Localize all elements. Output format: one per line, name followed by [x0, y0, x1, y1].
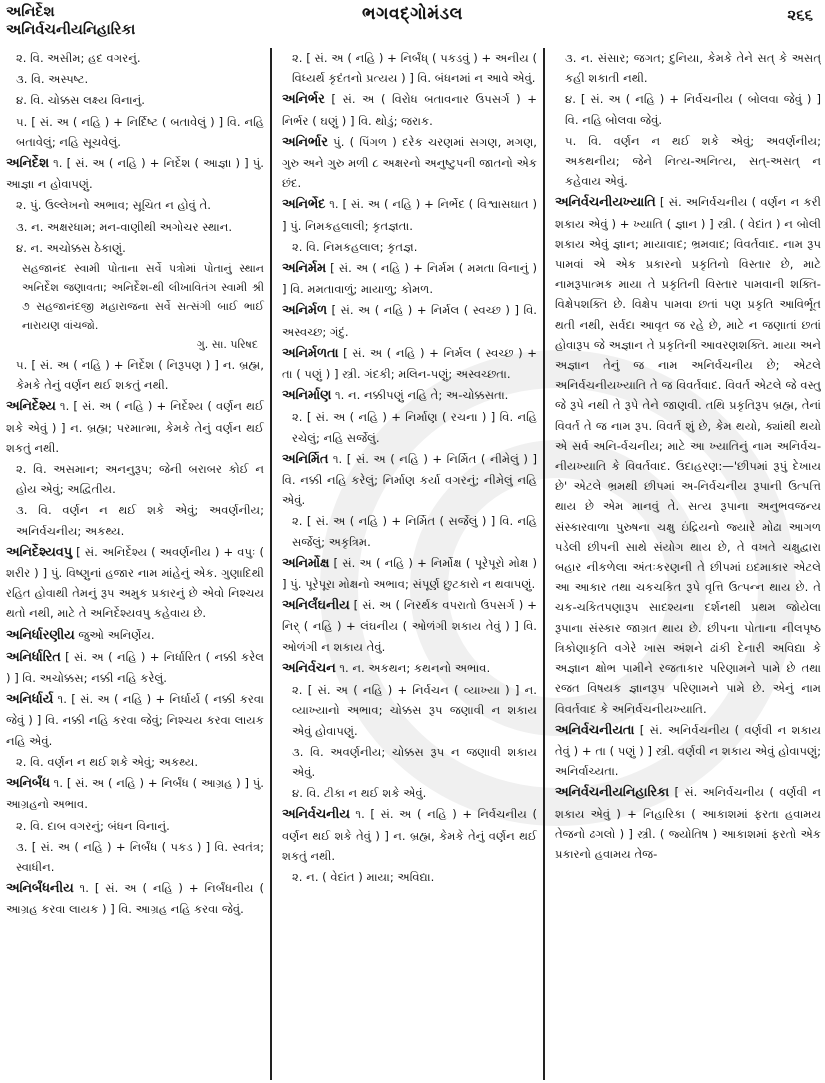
definition-text: ૩. વિ. અવર્ણનીય; ચોક્કસ રૂપ ન જણાવી શકાય… — [292, 745, 537, 779]
definition-text: ૨. [ સં. અ ( નહિ ) + નિર્બંધ્ ( પકડવું )… — [292, 51, 537, 85]
dictionary-entry: અનિર્ભર [ સં. અ ( વિરોધ બતાવનાર ઉપસર્ગ )… — [282, 89, 537, 130]
definition-text: ૨. [ સં. અ ( નહિ ) + નિર્મિત ( સર્જેલું … — [292, 514, 537, 548]
sense-entry: ૨. વિ. અસમાન; અનનુરૂપ; જેની બરાબર કોઈ ન … — [6, 459, 264, 499]
sense-entry: ૪. ન. અચોક્કસ ઠેકાણું. — [6, 238, 264, 258]
headword: અનિર્ભર — [282, 92, 325, 107]
dictionary-entry: અનિર્બંધ ૧. [ સં. અ ( નહિ ) + નિર્બંધ ( … — [6, 773, 264, 814]
dictionary-entry: અનિર્મિત ૧. [ સં. અ ( નહિ ) + નિર્મિત ( … — [282, 449, 537, 511]
definition-text: ૫. વિ. વર્ણન ન થઈ શકે એવું; અવર્ણનીય; અક… — [565, 134, 821, 188]
sense-entry: ૩. [ સં. અ ( નહિ ) + નિર્બંધ ( પકડ ) ] વ… — [6, 837, 264, 877]
headword: અનિર્લંઘનીય — [282, 598, 350, 613]
definition-text: ૩. ન. અક્ષરધામ; મન-વાણીથી અગોચર સ્થાન. — [16, 220, 232, 234]
dictionary-entry: અનિર્દેશ ૧. [ સં. અ ( નહિ ) + નિર્દેશ ( … — [6, 153, 264, 194]
sense-entry: ૨. ન. ( વેદાંત ) માયા; અવિદ્યા. — [282, 867, 537, 887]
definition-text: ૧. ન. નક્કીપણું નહિ તે; અ-ચોક્કસતા. — [331, 388, 508, 402]
sense-entry: ૨. વિ. અસીમ; હદ વગરનું. — [6, 48, 264, 68]
definition-text: ૨. [ સં. અ ( નહિ ) + નિર્વચન ( વ્યાખ્યા … — [292, 683, 537, 737]
headword: અનિર્બંધ — [6, 776, 50, 791]
sense-entry: ૨. વિ. દાબ વગરનું; બંધન વિનાનું. — [6, 816, 264, 836]
sense-entry: ૨. વિ. વર્ણન ન થઈ શકે એવું; અકથ્ય. — [6, 752, 264, 772]
sense-entry: ૪. વિ. ચોક્કસ લક્ષ્ય વિનાનું. — [6, 90, 264, 110]
headword: અનિર્વચનીય — [282, 807, 350, 822]
definition-text: જુઓ અનિર્ણેય. — [75, 628, 155, 642]
headword: અનિર્બંધનીય — [6, 881, 74, 896]
column-1: ૨. વિ. અસીમ; હદ વગરનું.૩. વિ. અસ્પષ્ટ.૪.… — [6, 48, 272, 1080]
citation-source: ગુ. સા. પરિષદ — [22, 335, 264, 354]
definition-text: ૩. [ સં. અ ( નહિ ) + નિર્બંધ ( પકડ ) ] વ… — [16, 840, 264, 874]
definition-text: ૪. ન. અચોક્કસ ઠેકાણું. — [16, 241, 126, 255]
dictionary-entry: અનિર્દેશ્યવપુ [ સં. અનિર્દેશ્ય ( અવર્ણની… — [6, 542, 264, 624]
headword: અનિર્મિત — [282, 452, 328, 467]
headword: અનિર્વચનીયખ્યાતિ — [555, 195, 656, 210]
dictionary-entry: અનિર્બંધનીય ૧. [ સં. અ ( નહિ ) + નિર્બંધ… — [6, 878, 264, 919]
definition-text: ૨. વિ. અસમાન; અનનુરૂપ; જેની બરાબર કોઈ ન … — [16, 462, 264, 496]
definition-text: ૪. વિ. ટીકા ન થઈ શકે એવું. — [292, 786, 426, 800]
dictionary-entry: અનિર્મોક્ષ [ સં. અ ( નહિ ) + નિર્મોક્ષ (… — [282, 553, 537, 594]
headword: અનિર્દેશ્ય — [6, 399, 56, 414]
sense-entry: ૩. ન. સંસાર; જગત; દુનિયા, કેમકે તેને સત્… — [555, 48, 821, 88]
definition-text: ૫. [ સં. અ ( નહિ ) + નિર્દિષ્ટ ( બતાવેલુ… — [16, 115, 264, 149]
book-title: ભગવદ્ગોમંડલ — [0, 4, 825, 24]
sense-entry: ૨. [ સં. અ ( નહિ ) + નિર્માણ ( રચના ) ] … — [282, 407, 537, 447]
definition-text: ૫. [ સં. અ ( નહિ ) + નિર્દેશ ( નિરૂપણ ) … — [16, 358, 264, 392]
page-number: ૨૬૬ — [787, 6, 813, 24]
dictionary-entry: અનિર્વચનીયનિહારિકા [ સં. અનિર્વચનીય ( વર… — [555, 782, 821, 864]
sense-entry: ૫. [ સં. અ ( નહિ ) + નિર્દિષ્ટ ( બતાવેલુ… — [6, 112, 264, 152]
definition-text: ૨. વિ. દાબ વગરનું; બંધન વિનાનું. — [16, 819, 170, 833]
dictionary-entry: અનિર્વચનીયતા [ સં. અનિર્વચનીય ( વર્ણવી ન… — [555, 720, 821, 782]
headword: અનિર્દેશ — [6, 156, 49, 171]
headword: અનિર્ભેદ — [282, 197, 325, 212]
dictionary-columns: ૨. વિ. અસીમ; હદ વગરનું.૩. વિ. અસ્પષ્ટ.૪.… — [6, 48, 821, 1080]
dictionary-entry: અનિર્ધાર્ય ૧. [ સં. અ ( નહિ ) + નિર્ધાર્… — [6, 689, 264, 751]
column-3: ૩. ન. સંસાર; જગત; દુનિયા, કેમકે તેને સત્… — [545, 48, 821, 1080]
headword: અનિર્વચન — [282, 661, 336, 676]
sense-entry: ૨. [ સં. અ ( નહિ ) + નિર્બંધ્ ( પકડવું )… — [282, 48, 537, 88]
definition-text: ૩. વિ. અસ્પષ્ટ. — [16, 72, 88, 86]
definition-text: ૩. ન. સંસાર; જગત; દુનિયા, કેમકે તેને સત્… — [565, 51, 821, 85]
dictionary-entry: અનિર્ધારણીય જુઓ અનિર્ણેય. — [6, 625, 264, 646]
definition-text: ૪. વિ. ચોક્કસ લક્ષ્ય વિનાનું. — [16, 93, 145, 107]
definition-text: સહજાનંદ સ્વામી પોતાના સર્વે પત્રોમાં પોત… — [22, 262, 264, 332]
headword: અનિર્મળ — [282, 303, 327, 318]
sense-entry: ૪. વિ. ટીકા ન થઈ શકે એવું. — [282, 783, 537, 803]
definition-text: ૨. વિ. નિમકહલાલ; કૃતજ્ઞ. — [292, 240, 417, 254]
sense-entry: ૨. વિ. નિમકહલાલ; કૃતજ્ઞ. — [282, 237, 537, 257]
headword: અનિર્ધારિત — [6, 650, 61, 665]
definition-text: ૨. પું. ઉલ્લેખનો અભાવ; સૂચિત ન હોવું તે. — [16, 198, 211, 212]
sense-entry: ૨. [ સં. અ ( નહિ ) + નિર્વચન ( વ્યાખ્યા … — [282, 680, 537, 741]
definition-text: ૨. વિ. અસીમ; હદ વગરનું. — [16, 51, 141, 65]
definition-text: ૪. [ સં. અ ( નહિ ) + નિર્વચનીય ( બોલવા જ… — [565, 92, 821, 126]
headword: અનિર્વચનીયતા — [555, 723, 634, 738]
dictionary-entry: અનિર્વચનીયખ્યાતિ [ સં. અનિર્વચનીય ( વર્ણ… — [555, 192, 821, 718]
sense-entry: ૩. ન. અક્ષરધામ; મન-વાણીથી અગોચર સ્થાન. — [6, 217, 264, 237]
dictionary-entry: અનિર્વચનીય ૧. [ સં. અ ( નહિ ) + નિર્વચની… — [282, 804, 537, 866]
definition-text: [ સં. અનિર્વચનીય ( વર્ણન ન કરી શકાય એવું… — [555, 195, 821, 715]
dictionary-entry: અનિર્લંઘનીય [ સં. અ ( નિરર્થક વપરાતો ઉપસ… — [282, 595, 537, 657]
definition-text: ૨. [ સં. અ ( નહિ ) + નિર્માણ ( રચના ) ] … — [292, 410, 537, 444]
headword: અનિર્દેશ્યવપુ — [6, 545, 72, 560]
sense-entry: ૨. [ સં. અ ( નહિ ) + નિર્મિત ( સર્જેલું … — [282, 511, 537, 551]
headword: અનિર્મોક્ષ — [282, 556, 329, 571]
column-2: ૨. [ સં. અ ( નહિ ) + નિર્બંધ્ ( પકડવું )… — [272, 48, 545, 1080]
dictionary-entry: અનિર્વચન ૧. ન. અકથન; કથનનો અભાવ. — [282, 658, 537, 679]
headword: અનિર્વચનીયનિહારિકા — [555, 785, 669, 800]
sense-entry: ૪. [ સં. અ ( નહિ ) + નિર્વચનીય ( બોલવા જ… — [555, 89, 821, 129]
dictionary-entry: અનિર્માણ ૧. ન. નક્કીપણું નહિ તે; અ-ચોક્ક… — [282, 385, 537, 406]
dictionary-entry: અનિર્ભાર પું. ( પિંગળ ) દરેક ચરણમાં સગણ,… — [282, 132, 537, 194]
dictionary-entry: અનિર્દેશ્ય ૧. [ સં. અ ( નહિ ) + નિર્દેશ્… — [6, 396, 264, 458]
dictionary-entry: અનિર્મળ [ સં. અ ( નહિ ) + નિર્મલ ( સ્વચ્… — [282, 300, 537, 341]
definition-text: ૨. ન. ( વેદાંત ) માયા; અવિદ્યા. — [292, 870, 434, 884]
dictionary-entry: અનિર્ભેદ ૧. [ સં. અ ( નહિ ) + નિર્ભેદ ( … — [282, 194, 537, 235]
headword: અનિર્માણ — [282, 388, 331, 403]
citation-quote: સહજાનંદ સ્વામી પોતાના સર્વે પત્રોમાં પોત… — [6, 259, 264, 354]
headword: અનિર્મળતા — [282, 346, 339, 361]
dictionary-entry: અનિર્મમ [ સં. અ ( નહિ ) + નિર્મમ ( મમતા … — [282, 258, 537, 299]
definition-text: ૩. વિ. વર્ણન ન થઈ શકે એવું; અવર્ણનીય; અન… — [16, 503, 264, 537]
sense-entry: ૫. [ સં. અ ( નહિ ) + નિર્દેશ ( નિરૂપણ ) … — [6, 355, 264, 395]
sense-entry: ૩. વિ. અવર્ણનીય; ચોક્કસ રૂપ ન જણાવી શકાય… — [282, 742, 537, 782]
definition-text: ૨. વિ. વર્ણન ન થઈ શકે એવું; અકથ્ય. — [16, 755, 198, 769]
page-header: અનિર્દેશ અનિર્વચનીયનિહારિકા ભગવદ્ગોમંડલ … — [0, 0, 825, 44]
sense-entry: ૨. પું. ઉલ્લેખનો અભાવ; સૂચિત ન હોવું તે. — [6, 195, 264, 215]
sense-entry: ૫. વિ. વર્ણન ન થઈ શકે એવું; અવર્ણનીય; અક… — [555, 131, 821, 192]
headword: અનિર્ધાર્ય — [6, 692, 53, 707]
definition-text: ૧. ન. અકથન; કથનનો અભાવ. — [336, 661, 490, 675]
headword: અનિર્મમ — [282, 261, 326, 276]
dictionary-entry: અનિર્મળતા [ સં. અ ( નહિ ) + નિર્મલ ( સ્વ… — [282, 343, 537, 384]
dictionary-entry: અનિર્ધારિત [ સં. અ ( નહિ ) + નિર્ધારિત (… — [6, 647, 264, 688]
headword: અનિર્ભાર — [282, 135, 328, 150]
sense-entry: ૩. વિ. વર્ણન ન થઈ શકે એવું; અવર્ણનીય; અન… — [6, 500, 264, 540]
sense-entry: ૩. વિ. અસ્પષ્ટ. — [6, 69, 264, 89]
headword: અનિર્ધારણીય — [6, 628, 75, 643]
